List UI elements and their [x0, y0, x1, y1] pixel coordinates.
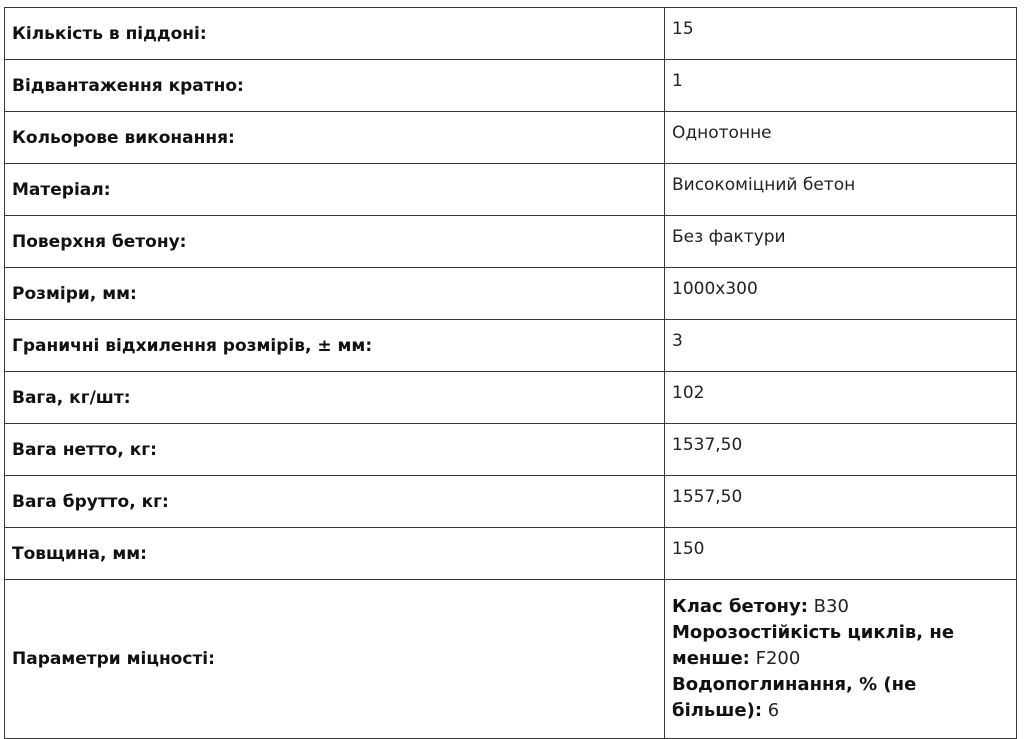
spec-value: Однотонне [665, 112, 1017, 164]
spec-row-pallet-quantity: Кількість в піддоні: 15 [5, 8, 1017, 60]
spec-label: Кількість в піддоні: [5, 8, 665, 60]
spec-row-concrete-surface: Поверхня бетону: Без фактури [5, 216, 1017, 268]
specifications-table: Кількість в піддоні: 15 Відвантаження кр… [4, 7, 1017, 641]
spec-label: Вага нетто, кг: [5, 424, 665, 476]
spec-row-dimensions: Розміри, мм: 1000x300 [5, 268, 1017, 320]
param-concrete-class: Клас бетону: B30 [672, 594, 1009, 620]
spec-value: 1557,50 [665, 476, 1017, 528]
strength-params: Клас бетону: B30 Морозостійкість циклів,… [665, 580, 1017, 642]
spec-label: Матеріал: [5, 164, 665, 216]
spec-label: Поверхня бетону: [5, 216, 665, 268]
param-value: B30 [814, 596, 849, 617]
spec-row-material: Матеріал: Високоміцний бетон [5, 164, 1017, 216]
spec-row-shipment-multiple: Відвантаження кратно: 1 [5, 60, 1017, 112]
spec-label: Кольорове виконання: [5, 112, 665, 164]
spec-value: Без фактури [665, 216, 1017, 268]
spec-value: 1000x300 [665, 268, 1017, 320]
param-key: Морозостійкість циклів, не менше: [672, 622, 954, 641]
spec-label: Граничні відхилення розмірів, ± мм: [5, 320, 665, 372]
spec-row-strength-parameters: Параметри міцності: Клас бетону: B30 Мор… [5, 580, 1017, 642]
spec-value: 1537,50 [665, 424, 1017, 476]
spec-row-gross-weight: Вага брутто, кг: 1557,50 [5, 476, 1017, 528]
spec-label: Товщина, мм: [5, 528, 665, 580]
param-key: Клас бетону: [672, 596, 808, 617]
spec-row-color: Кольорове виконання: Однотонне [5, 112, 1017, 164]
spec-value: 1 [665, 60, 1017, 112]
spec-row-thickness: Товщина, мм: 150 [5, 528, 1017, 580]
spec-label: Вага, кг/шт: [5, 372, 665, 424]
spec-value: 3 [665, 320, 1017, 372]
param-frost-resistance: Морозостійкість циклів, не менше: F200 [672, 620, 1009, 641]
spec-label: Параметри міцності: [5, 580, 665, 642]
spec-label: Вага брутто, кг: [5, 476, 665, 528]
spec-value: 15 [665, 8, 1017, 60]
spec-value: Високоміцний бетон [665, 164, 1017, 216]
spec-value: 150 [665, 528, 1017, 580]
spec-row-tolerance: Граничні відхилення розмірів, ± мм: 3 [5, 320, 1017, 372]
spec-label: Відвантаження кратно: [5, 60, 665, 112]
spec-row-weight-per-piece: Вага, кг/шт: 102 [5, 372, 1017, 424]
spec-label: Розміри, мм: [5, 268, 665, 320]
spec-row-net-weight: Вага нетто, кг: 1537,50 [5, 424, 1017, 476]
spec-value: 102 [665, 372, 1017, 424]
